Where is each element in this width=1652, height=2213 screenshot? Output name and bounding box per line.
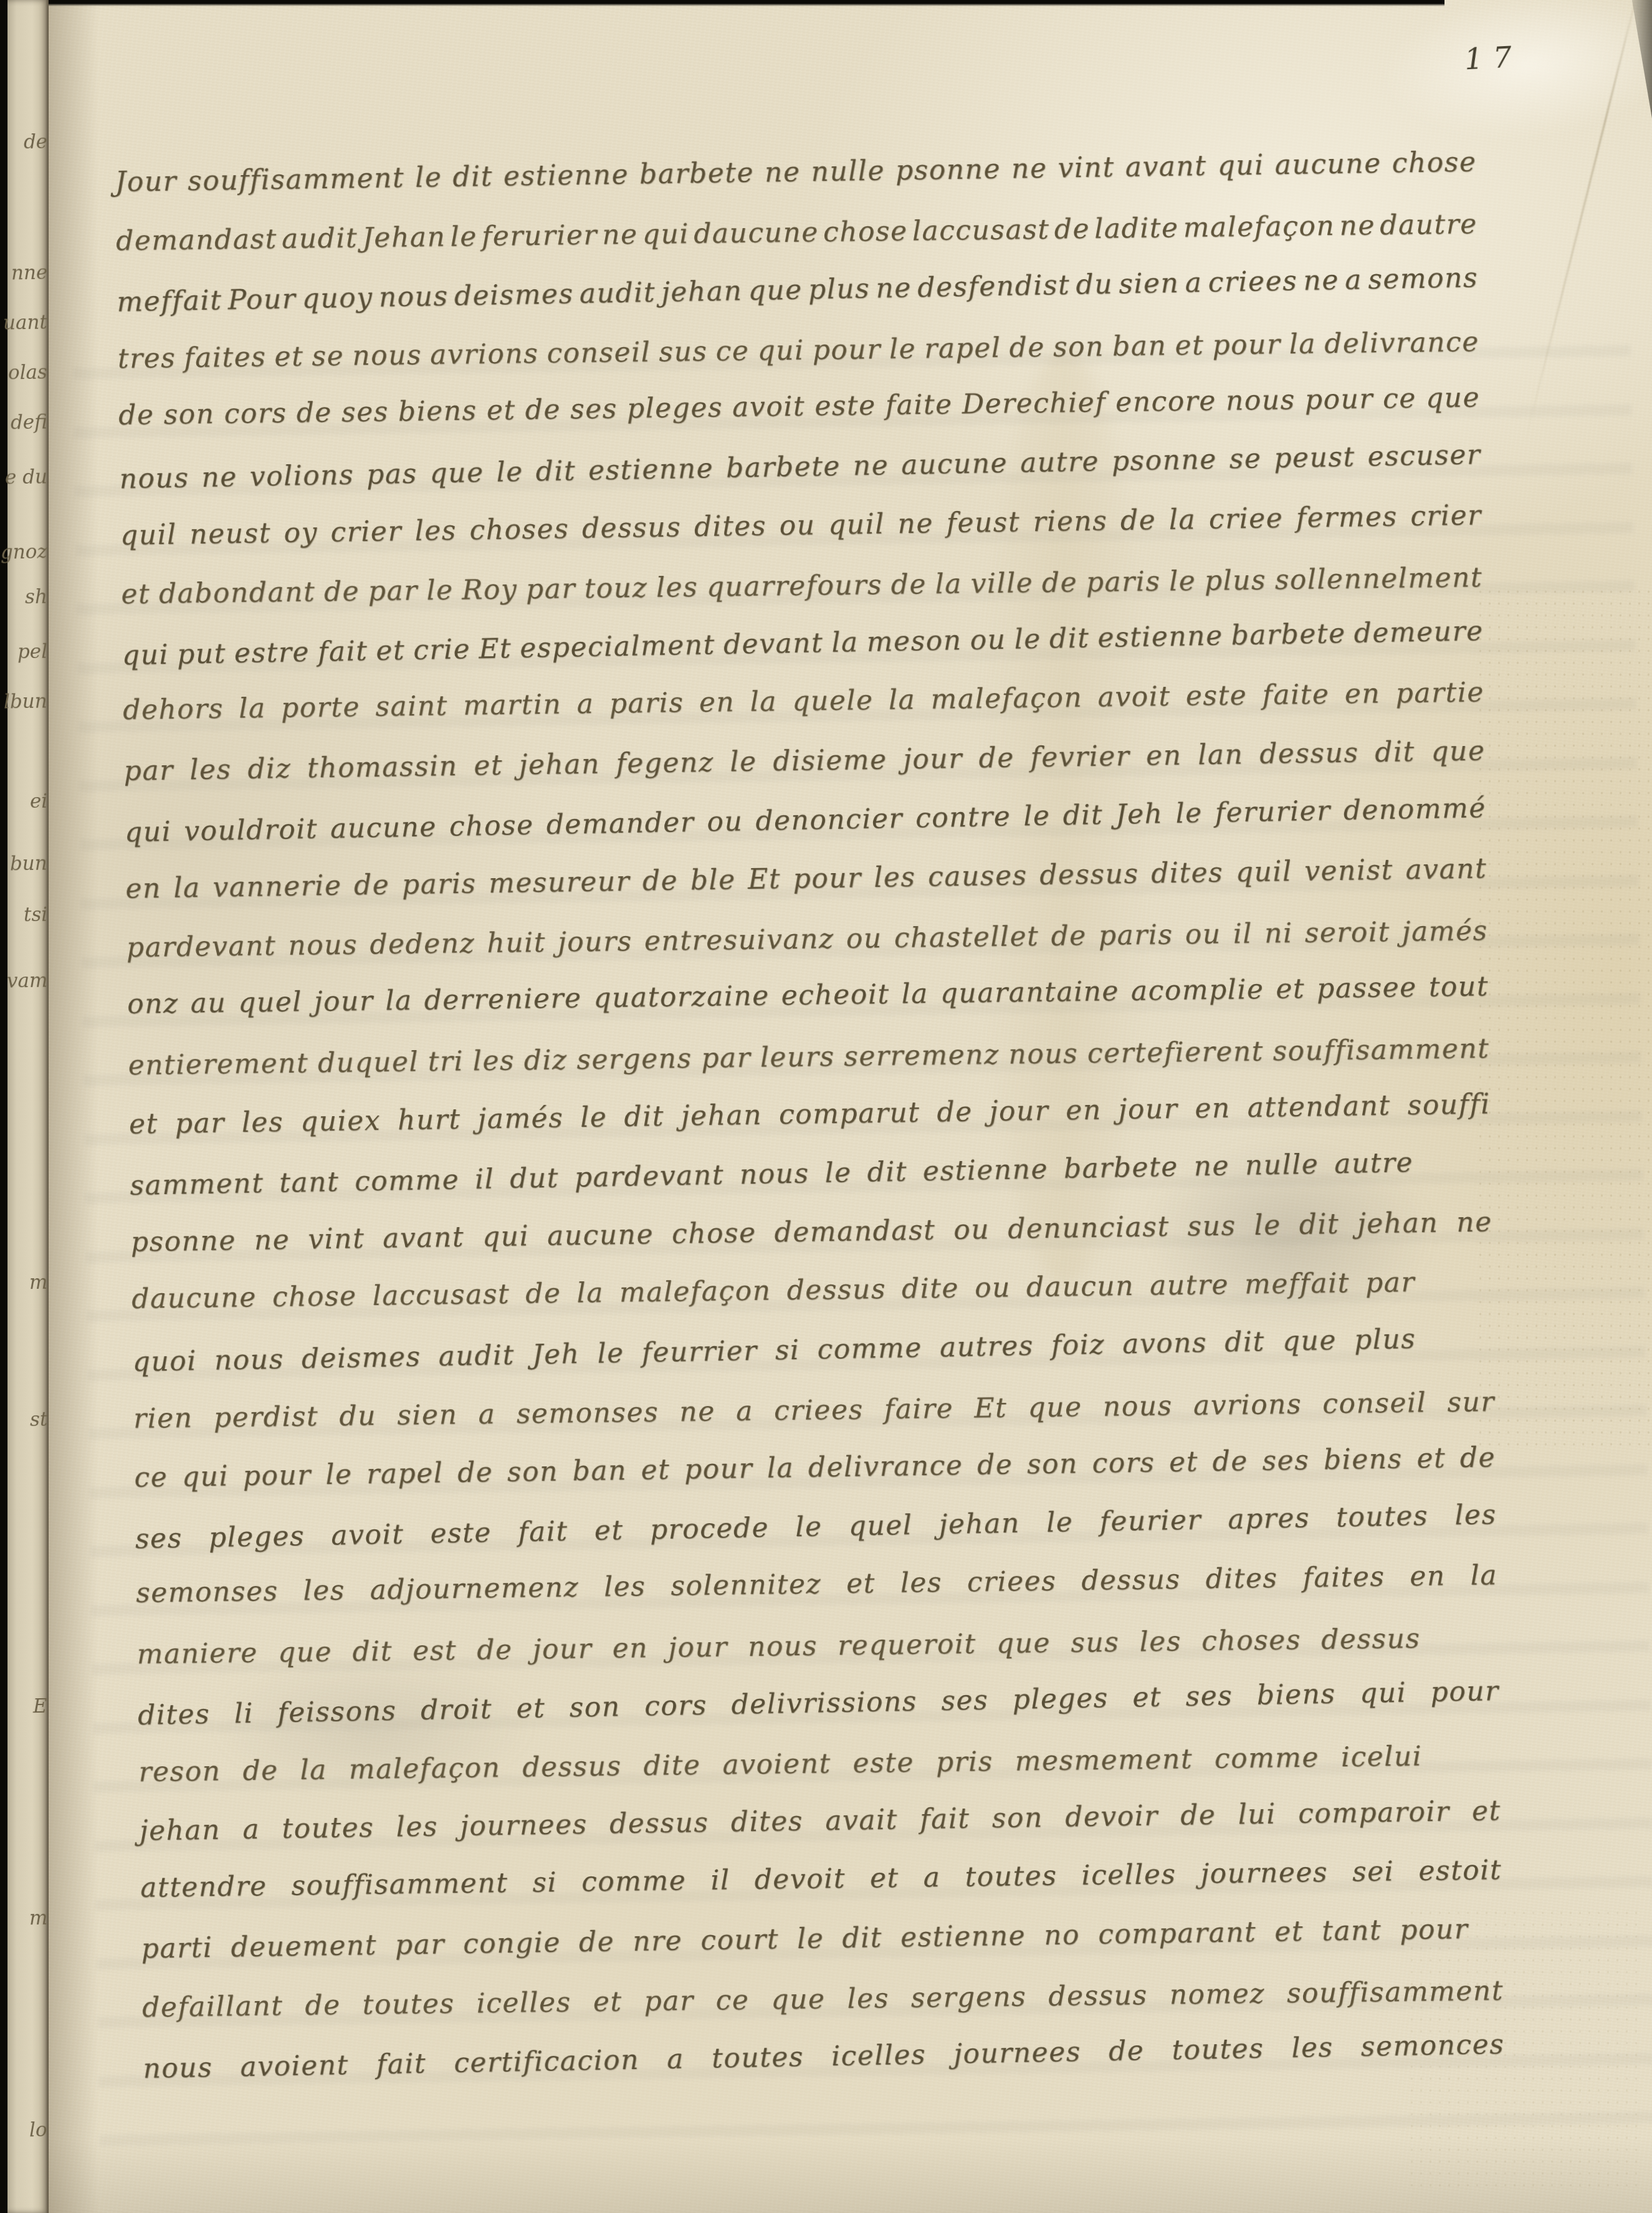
page-top-edge-shadow <box>49 0 1444 6</box>
gutter-text-fragment: st <box>29 1408 47 1431</box>
gutter-text-fragment: de <box>23 131 47 154</box>
gutter-text-fragment: uant <box>3 311 47 334</box>
gutter-text-fragment: tsi <box>23 904 47 927</box>
gutter-text-fragment: pel <box>17 641 48 664</box>
gutter-text-fragment: ei <box>29 790 47 813</box>
gutter-text-fragment: vam <box>6 969 47 992</box>
gutter-text-fragment: m <box>29 1271 47 1294</box>
gutter-text-fragment: sh <box>25 586 47 609</box>
gutter-text-fragment: nne <box>11 261 47 284</box>
text-block: Joursouffisammentleditestiennebarbetenen… <box>115 136 1508 2100</box>
gutter-text-fragment: E <box>33 1695 47 1718</box>
gutter-text-fragment: bun <box>10 852 47 875</box>
previous-page-edge: denneuantolasdefie dugnozshpellbuneibunt… <box>7 0 49 2213</box>
gutter-text-fragment: e du <box>5 466 48 489</box>
folio-number: 17 <box>1464 40 1523 77</box>
gutter-text-fragment: olas <box>8 361 48 384</box>
gutter-text-fragment: defi <box>11 411 47 434</box>
gutter-text-fragment: gnoz <box>1 540 47 563</box>
page-bottom-shadow <box>49 2138 1652 2213</box>
gutter-text-fragment: lbun <box>4 690 47 713</box>
gutter-text-fragment: lo <box>29 2119 47 2141</box>
parchment-light-patch <box>1375 0 1652 152</box>
manuscript-page: 17 Joursouffisammentleditestiennebarbete… <box>49 0 1652 2213</box>
gutter-text-fragment: m <box>29 1907 47 1930</box>
